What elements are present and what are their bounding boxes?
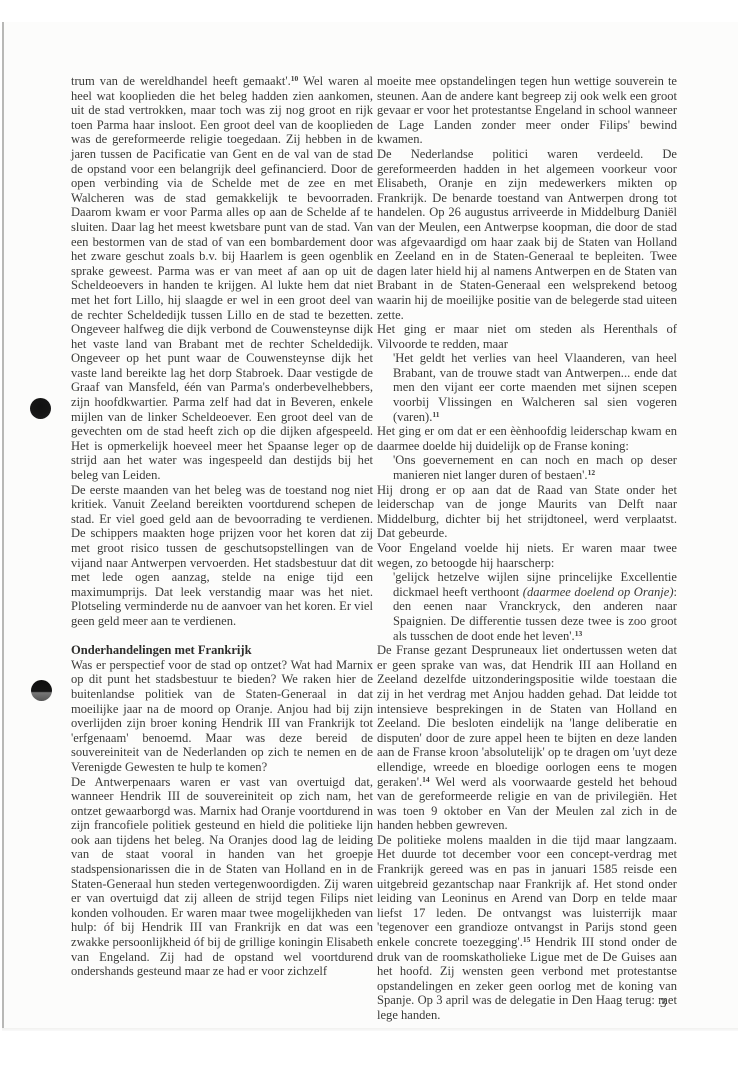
- footnote-ref: 14: [422, 775, 430, 784]
- block-quote: 'gelijck hetzelve wijlen sijne princelij…: [393, 570, 677, 643]
- editorial-note: (daarmee doelend op Oranje): [523, 585, 674, 599]
- paragraph: De politieke molens maalden in die tijd …: [377, 833, 677, 1023]
- paragraph: Het ging er maar niet om steden als Here…: [377, 322, 677, 351]
- block-quote: 'Ons goevernement en can noch en mach op…: [393, 453, 677, 482]
- page-bottom-edge: [2, 1028, 738, 1031]
- punch-hole-icon: [31, 680, 52, 701]
- left-column: trum van de wereldhandel heeft gemaakt'.…: [71, 74, 373, 979]
- footnote-ref: 11: [432, 410, 439, 419]
- paragraph: De Antwerpenaars waren er vast van overt…: [71, 775, 373, 979]
- paragraph: De Nederlandse politici waren verdeeld. …: [377, 147, 677, 322]
- footnote-ref: 13: [575, 629, 583, 638]
- paragraph: De eerste maanden van het beleg was de t…: [71, 483, 373, 629]
- paragraph: trum van de wereldhandel heeft gemaakt'.…: [71, 74, 373, 483]
- block-quote: 'Het geldt het verlies van heel Vlaander…: [393, 351, 677, 424]
- right-column: moeite mee opstandelingen tegen hun wett…: [377, 74, 677, 1023]
- section-heading: Onderhandelingen met Frankrijk: [71, 643, 373, 658]
- paragraph: moeite mee opstandelingen tegen hun wett…: [377, 74, 677, 147]
- paragraph: Het ging er om dat er een èènhoofdig lei…: [377, 424, 677, 453]
- paragraph: Was er perspectief voor de stad op ontze…: [71, 658, 373, 775]
- paragraph: De Franse gezant Despruneaux liet ondert…: [377, 643, 677, 833]
- punch-hole-icon: [30, 398, 51, 419]
- paragraph: Hij drong er op aan dat de Raad van Stat…: [377, 483, 677, 541]
- paragraph: Voor Engeland voelde hij niets. Er waren…: [377, 541, 677, 570]
- footnote-ref: 12: [588, 468, 596, 477]
- page-number: 3: [660, 995, 667, 1011]
